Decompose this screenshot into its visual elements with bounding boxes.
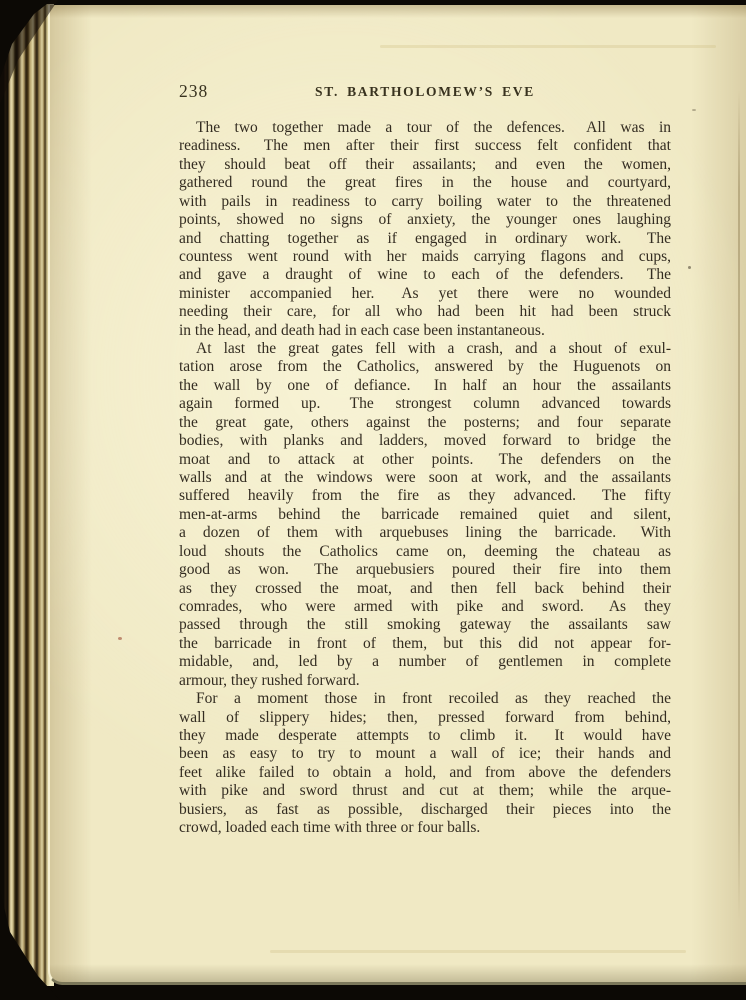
running-title: ST. BARTHOLOMEW’S EVE <box>179 84 671 100</box>
text-line: passed through the still smoking gateway… <box>179 616 671 634</box>
text-line: the wall by one of defiance. In half an … <box>179 377 671 395</box>
text-line: crowd, loaded each time with three or fo… <box>179 819 671 837</box>
text-line: with pike and sword thrust and cut at th… <box>179 782 671 800</box>
text-line: gathered round the great fires in the ho… <box>179 174 671 192</box>
page-speck <box>692 109 696 111</box>
scan-streak <box>270 950 686 953</box>
text-line: they should beat off their assailants; a… <box>179 156 671 174</box>
text-line: midable, and, led by a number of gentlem… <box>179 653 671 671</box>
text-line: For a moment those in front recoiled as … <box>179 690 671 708</box>
text-line: needing their care, for all who had been… <box>179 303 671 321</box>
text-line: with pails in readiness to carry boiling… <box>179 193 671 211</box>
text-line: The two together made a tour of the defe… <box>179 119 671 137</box>
text-line: readiness. The men after their first suc… <box>179 137 671 155</box>
text-line: the barricade in front of them, but this… <box>179 635 671 653</box>
running-header: 238 ST. BARTHOLOMEW’S EVE <box>179 81 671 103</box>
book-page: 238 ST. BARTHOLOMEW’S EVE The two togeth… <box>48 5 746 985</box>
text-line: points, showed no signs of anxiety, the … <box>179 211 671 229</box>
text-line: good as won. The arquebusiers poured the… <box>179 561 671 579</box>
text-line: the great gate, others against the poste… <box>179 414 671 432</box>
text-line: comrades, who were armed with pike and s… <box>179 598 671 616</box>
text-line: busiers, as fast as possible, discharged… <box>179 801 671 819</box>
text-line: and gave a draught of wine to each of th… <box>179 266 671 284</box>
text-line: countess went round with her maids carry… <box>179 248 671 266</box>
text-line: moat and to attack at other points. The … <box>179 451 671 469</box>
text-line: they made desperate attempts to climb it… <box>179 727 671 745</box>
page-speck <box>118 637 122 640</box>
page-speck <box>688 266 691 269</box>
text-line: been as easy to try to mount a wall of i… <box>179 745 671 763</box>
scanned-book-photo: 238 ST. BARTHOLOMEW’S EVE The two togeth… <box>0 0 746 1000</box>
text-line: men-at-arms behind the barricade remaine… <box>179 506 671 524</box>
book-page-edges <box>0 4 54 986</box>
text-line: minister accompanied her. As yet there w… <box>179 285 671 303</box>
text-line: as they crossed the moat, and then fell … <box>179 580 671 598</box>
text-line: tation arose from the Catholics, answere… <box>179 358 671 376</box>
text-line: and chatting together as if engaged in o… <box>179 230 671 248</box>
text-line: feet alike failed to obtain a hold, and … <box>179 764 671 782</box>
scan-streak <box>380 45 716 48</box>
text-line: in the head, and death had in each case … <box>179 322 671 340</box>
text-line: At last the great gates fell with a cras… <box>179 340 671 358</box>
text-line: a dozen of them with arquebuses lining t… <box>179 524 671 542</box>
text-line: again formed up. The strongest column ad… <box>179 395 671 413</box>
text-line: walls and at the windows were soon at wo… <box>179 469 671 487</box>
text-line: wall of slippery hides; then, pressed fo… <box>179 709 671 727</box>
text-line: bodies, with planks and ladders, moved f… <box>179 432 671 450</box>
text-line: loud shouts the Catholics came on, deemi… <box>179 543 671 561</box>
page-edge-line <box>738 90 740 920</box>
text-line: armour, they rushed forward. <box>179 672 671 690</box>
text-line: suffered heavily from the fire as they a… <box>179 487 671 505</box>
page-body: The two together made a tour of the defe… <box>179 119 671 837</box>
